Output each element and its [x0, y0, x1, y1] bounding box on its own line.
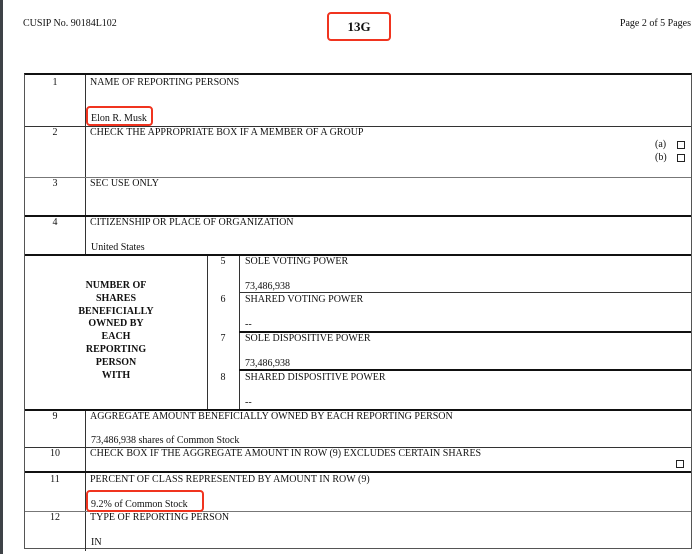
shares-block-label: NUMBER OF SHARES BENEFICIALLY OWNED BY E… [25, 280, 207, 382]
row-label-sole-dispositive: SOLE DISPOSITIVE POWER [245, 333, 371, 344]
row-label-sec: SEC USE ONLY [90, 178, 159, 189]
row-divider [239, 369, 691, 371]
row-label-name: NAME OF REPORTING PERSONS [90, 77, 239, 88]
row-number: 2 [25, 127, 85, 138]
row-label-sole-voting: SOLE VOTING POWER [245, 256, 348, 267]
reporting-person-type-value: IN [91, 537, 102, 548]
row-label-shared-dispositive: SHARED DISPOSITIVE POWER [245, 372, 386, 383]
row-label-excludes: CHECK BOX IF THE AGGREGATE AMOUNT IN ROW… [90, 448, 481, 459]
row-label-aggregate: AGGREGATE AMOUNT BENEFICIALLY OWNED BY E… [90, 411, 453, 422]
page-indicator: Page 2 of 5 Pages [620, 18, 691, 29]
cusip-number: CUSIP No. 90184L102 [23, 18, 117, 29]
row-label-group: CHECK THE APPROPRIATE BOX IF A MEMBER OF… [90, 127, 364, 138]
checkbox-a-label: (a) [655, 139, 666, 150]
row-number: 11 [25, 474, 85, 485]
row-divider [25, 254, 691, 256]
aggregate-value: 73,486,938 shares of Common Stock [91, 435, 239, 446]
row-number: 6 [207, 294, 239, 305]
row-number: 1 [25, 77, 85, 88]
row-number: 4 [25, 217, 85, 228]
viewer-left-edge [0, 0, 3, 554]
sole-voting-value: 73,486,938 [245, 281, 290, 292]
row-number: 12 [25, 512, 85, 523]
col-divider-top [85, 75, 86, 255]
row-divider [239, 292, 691, 293]
sole-dispositive-value: 73,486,938 [245, 358, 290, 369]
reporting-person-name: Elon R. Musk [91, 113, 147, 124]
checkbox-b[interactable] [677, 154, 685, 162]
citizenship-value: United States [91, 242, 145, 253]
checkbox-excludes-shares[interactable] [676, 460, 684, 468]
row-number: 3 [25, 178, 85, 189]
row-number: 5 [207, 256, 239, 267]
checkbox-a[interactable] [677, 141, 685, 149]
row-number: 8 [207, 372, 239, 383]
row-divider [25, 471, 691, 473]
col-divider-bottom [85, 410, 86, 551]
row-label-type: TYPE OF REPORTING PERSON [90, 512, 229, 523]
cover-page-table: 1 NAME OF REPORTING PERSONS Elon R. Musk… [24, 73, 692, 549]
row-number: 10 [25, 448, 85, 459]
row-label-shared-voting: SHARED VOTING POWER [245, 294, 363, 305]
form-type-badge: 13G [327, 12, 391, 41]
row-number: 7 [207, 333, 239, 344]
percent-of-class-value: 9.2% of Common Stock [91, 499, 188, 510]
row-label-percent: PERCENT OF CLASS REPRESENTED BY AMOUNT I… [90, 474, 370, 485]
shared-voting-value: -- [245, 319, 252, 330]
row-number: 9 [25, 411, 85, 422]
checkbox-b-label: (b) [655, 152, 667, 163]
shared-dispositive-value: -- [245, 397, 252, 408]
row-label-citizenship: CITIZENSHIP OR PLACE OF ORGANIZATION [90, 217, 294, 228]
